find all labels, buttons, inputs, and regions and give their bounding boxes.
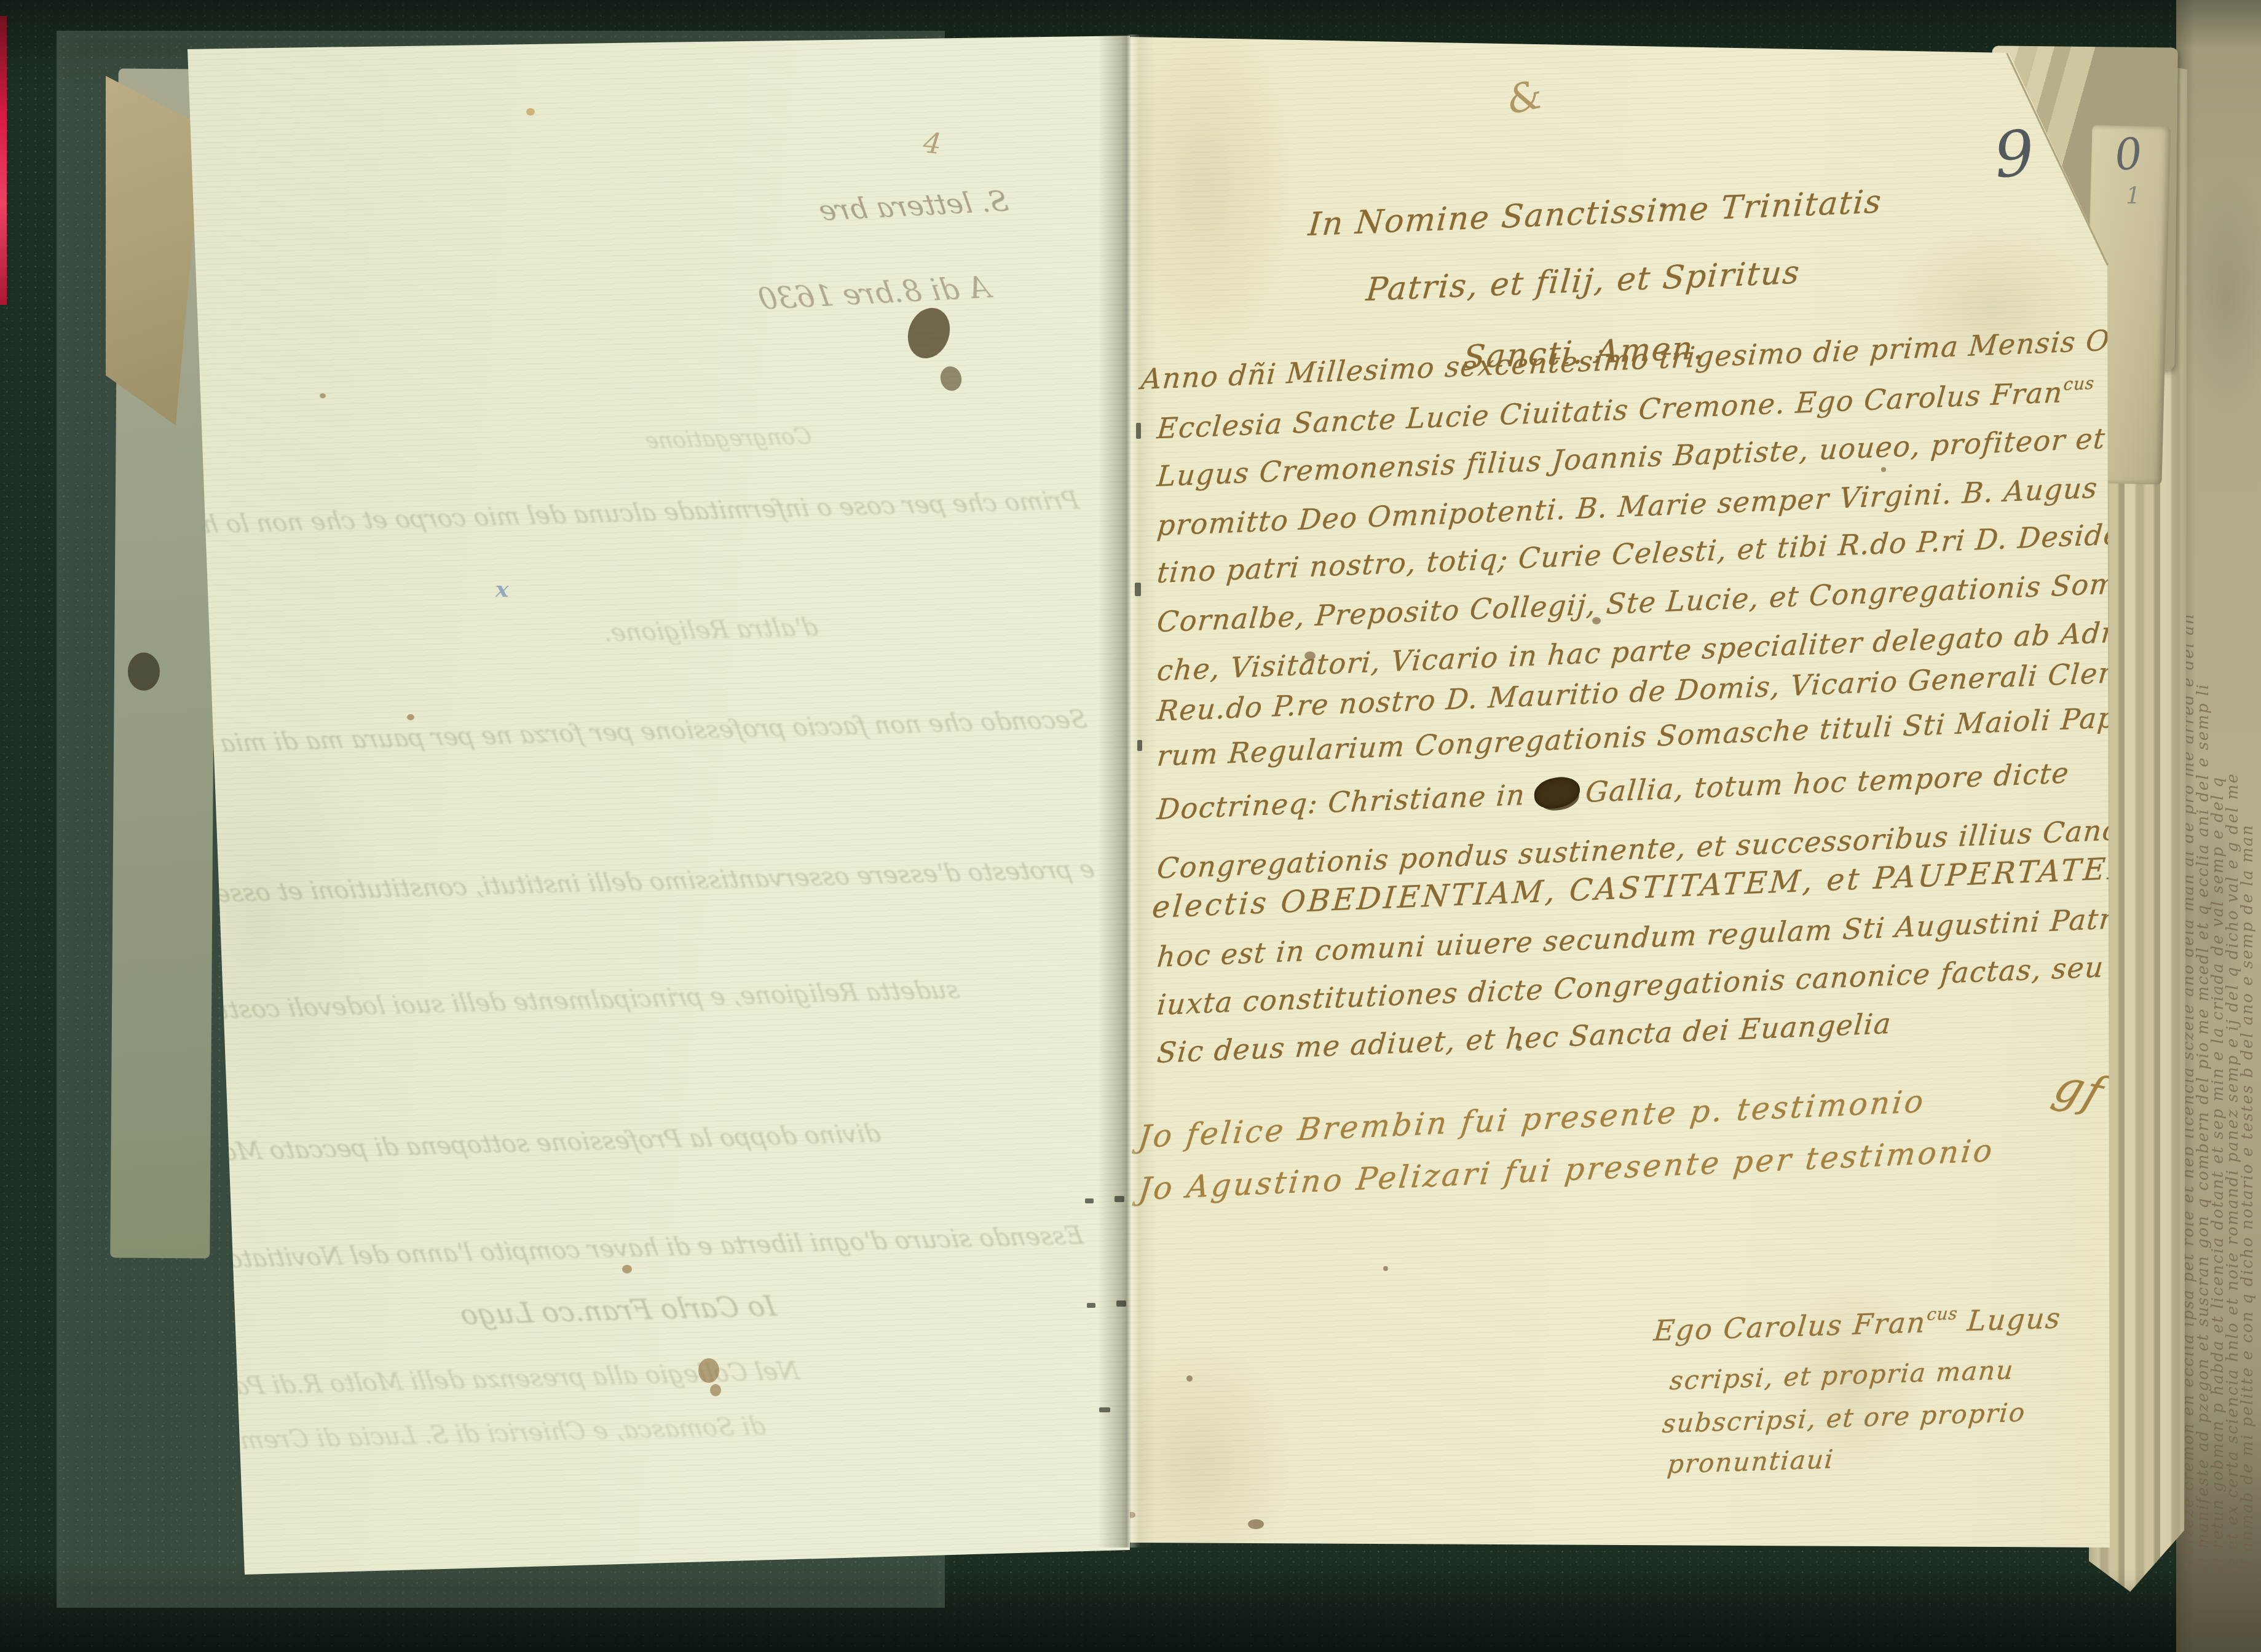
ink-blot xyxy=(938,364,965,393)
signature-line-2: scripsi, et propria manu xyxy=(1668,1355,2015,1396)
stitch-mark xyxy=(1115,1196,1124,1202)
foxing-spot xyxy=(1516,1046,1522,1051)
manuscript-photo: q bizeze cremon en ecclia ipsa pet role … xyxy=(0,0,2261,1652)
body-line-text: Doctrineq: Christiane in xyxy=(1156,778,1526,826)
stitch-mark xyxy=(1136,423,1141,439)
red-edge-strip xyxy=(0,16,7,305)
pencil-zero-mark: 0 xyxy=(2112,128,2145,181)
foxing-spot xyxy=(710,1384,721,1396)
foxing-spot xyxy=(698,1358,719,1383)
parchment-text-columns: q bizeze cremon en ecclia ipsa pet role … xyxy=(2181,55,2257,1573)
foxing-spot xyxy=(1248,1519,1264,1529)
signature-line-3: subscripsi, et ore proprio xyxy=(1661,1397,2027,1439)
ink-blot xyxy=(1533,774,1580,812)
superscript-abbreviation: cus xyxy=(1926,1303,1959,1324)
stitch-mark xyxy=(1135,583,1141,596)
showthrough-line-3: d'altra Religione. xyxy=(601,613,820,648)
folio-number: 9 xyxy=(1991,116,2037,192)
parchment-text-line-5: N anmab de mi pelitte e con q dicho nota… xyxy=(2240,55,2255,1573)
scribble-line-1: S. lettera bre xyxy=(816,184,1011,227)
showthrough-line-7: divino doppo la Professione sottopena di… xyxy=(153,1120,883,1168)
showthrough-line-11: Io Carlo Fran.co Lugo xyxy=(458,1289,779,1331)
stitch-mark xyxy=(1137,740,1142,751)
witness-paraph: gf xyxy=(2047,1059,2112,1120)
scribble-line-2: A di 8.bre 1630 xyxy=(756,270,993,317)
body-line-text: Gallia, totum hoc tempore dicte xyxy=(1584,756,2070,809)
signature-text: Lugus xyxy=(1955,1301,2062,1338)
stitch-mark xyxy=(1116,1300,1126,1307)
stitch-mark xyxy=(1087,1303,1095,1308)
corner-numeral-mark: 4 xyxy=(921,126,943,161)
foxing-spot xyxy=(320,393,326,398)
ink-blot xyxy=(901,302,957,364)
foxing-spot xyxy=(1383,1266,1388,1271)
ink-flourish-mark: & xyxy=(1503,72,1547,124)
foxing-spot xyxy=(1660,203,1666,208)
parchment-stain xyxy=(128,653,160,691)
foxing-spot xyxy=(1592,617,1601,624)
stitch-mark xyxy=(1085,1198,1094,1203)
pencil-one-mark: 1 xyxy=(2126,182,2141,209)
showthrough-line-10: di Somasca, e Chierici di S. Lucia di Cr… xyxy=(192,1412,768,1457)
foxing-spot xyxy=(526,108,535,116)
book-gutter xyxy=(1098,34,1156,1548)
foxing-spot xyxy=(1881,467,1886,472)
blue-cross-mark: x xyxy=(495,576,508,602)
signature-line-4: pronuntiaui xyxy=(1666,1444,1836,1479)
showthrough-line-1: Congregatione xyxy=(643,424,813,454)
foxing-spot xyxy=(622,1265,632,1273)
foxing-spot xyxy=(1186,1375,1193,1382)
heading-line-2: Patris, et filij, et Spiritus xyxy=(1365,254,1802,309)
showthrough-line-8: Essendo sicuro d'ogni liberta e di haver… xyxy=(225,1222,1086,1274)
stitch-mark xyxy=(1099,1407,1110,1412)
superscript-abbreviation: cus xyxy=(2063,373,2096,395)
foxing-spot xyxy=(407,714,414,720)
showthrough-line-6: sudetta Religione, e principalmente dell… xyxy=(180,976,961,1026)
signature-text: Ego Carolus Fran xyxy=(1652,1305,1928,1347)
foxing-spot xyxy=(1304,651,1316,660)
heading-line-1: In Nomine Sanctissime Trinitatis xyxy=(1307,183,1884,243)
signature-line-1: Ego Carolus Francus Lugus xyxy=(1652,1300,2063,1347)
